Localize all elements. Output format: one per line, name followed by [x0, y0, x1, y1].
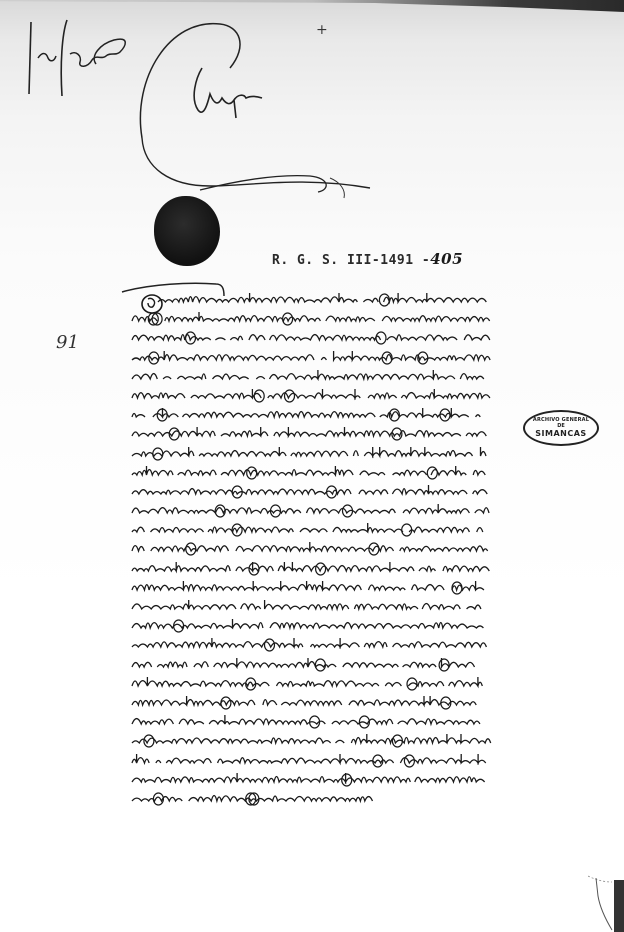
manuscript-line [128, 597, 488, 616]
manuscript-line [128, 405, 488, 424]
ref-volume-year: III-1491 [347, 253, 414, 268]
manuscript-line [128, 482, 488, 501]
manuscript-line [128, 578, 488, 597]
manuscript-line [128, 674, 488, 693]
signature-top-left [22, 14, 142, 100]
ref-separator: - [422, 253, 430, 268]
wax-seal [154, 196, 220, 266]
manuscript-line [128, 501, 488, 520]
manuscript-line [128, 424, 488, 443]
margin-annotation: 91 [56, 332, 79, 353]
archive-seal-stamp: ARCHIVO GENERAL DE SIMANCAS [523, 410, 599, 446]
opening-initial [140, 293, 164, 315]
ref-folio: 405 [430, 250, 463, 268]
manuscript-line [128, 386, 488, 405]
manuscript-line [128, 616, 488, 635]
manuscript-line [128, 559, 488, 578]
scan-top-edge-shadow [0, 0, 624, 12]
reference-stamp: R. G. S. III-1491 -405 [272, 250, 463, 268]
manuscript-line [128, 731, 488, 750]
manuscript-line [128, 770, 488, 789]
manuscript-line [128, 367, 488, 386]
archive-seal-line3: SIMANCAS [535, 430, 586, 438]
manuscript-line [128, 463, 488, 482]
manuscript-line [128, 635, 488, 654]
manuscript-body [128, 290, 488, 808]
manuscript-line [128, 290, 488, 309]
manuscript-line [128, 693, 488, 712]
ref-series: R. G. S. [272, 253, 339, 268]
signature-rubric-top [130, 18, 380, 208]
manuscript-page: + R. G. S. III-1491 -405 91 ARCHIVO GENE… [0, 0, 624, 932]
manuscript-line [128, 309, 488, 328]
manuscript-line [128, 539, 488, 558]
manuscript-line [128, 712, 488, 731]
manuscript-line [128, 751, 488, 770]
manuscript-line [128, 348, 488, 367]
manuscript-line [128, 444, 488, 463]
manuscript-line [128, 789, 488, 808]
manuscript-line [128, 655, 488, 674]
page-corner-fold [588, 872, 624, 932]
manuscript-line [128, 520, 488, 539]
manuscript-line [128, 328, 488, 347]
